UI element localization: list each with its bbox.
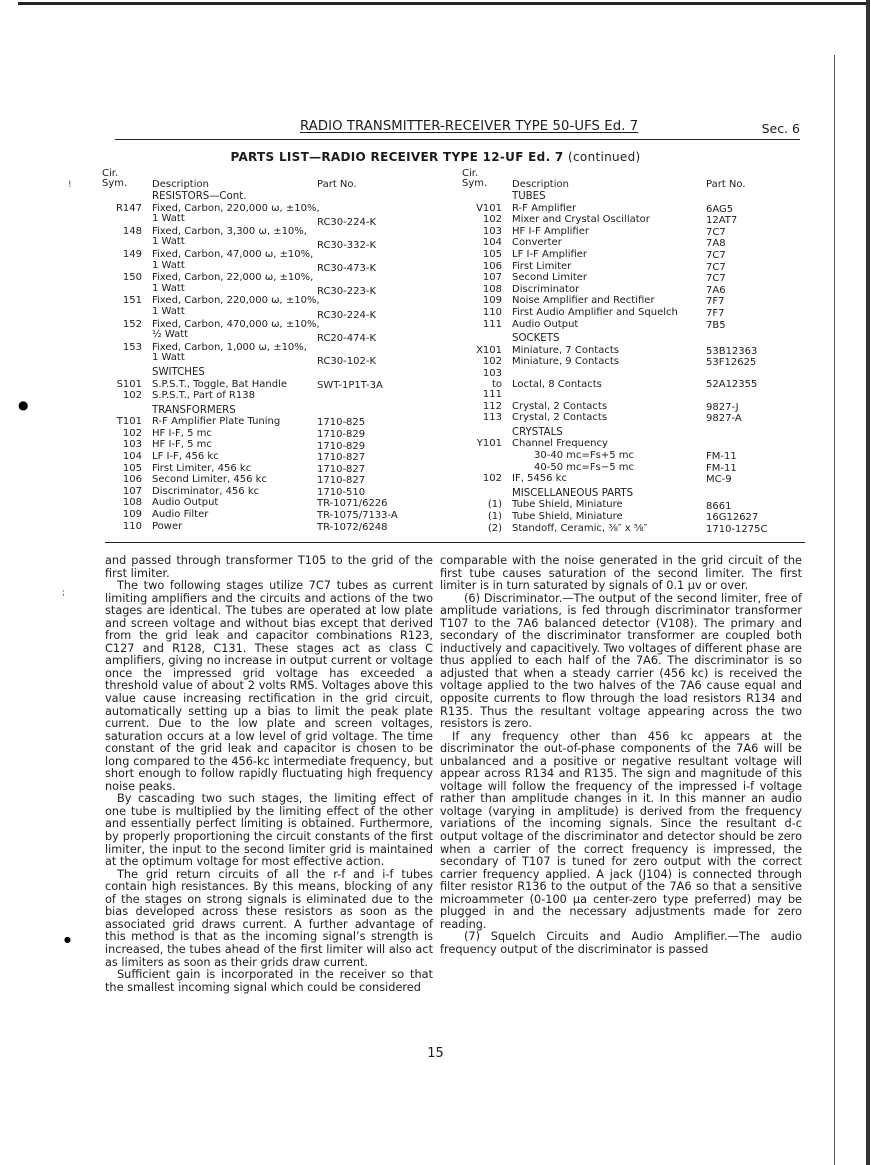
- paragraph: By cascading two such stages, the limiti…: [105, 793, 433, 868]
- column-headers: Cir.Sym.DescriptionPart No.: [462, 169, 802, 191]
- circuit-symbol-line: 113: [462, 413, 502, 424]
- part-description-line: R-F Amplifier Plate Tuning: [152, 417, 432, 428]
- parts-row: R147Fixed, Carbon, 220,000 ω, ±10%,1 Wat…: [102, 204, 432, 225]
- circuit-symbol: 105: [102, 464, 142, 475]
- circuit-symbol: 108: [462, 285, 502, 296]
- part-number: RC30-102-K: [317, 357, 376, 368]
- part-description-line: S.P.S.T., Part of R138: [152, 391, 432, 402]
- circuit-symbol: 104: [462, 238, 502, 249]
- part-number: FM-11: [706, 452, 737, 463]
- circuit-symbol-line: 102: [102, 391, 142, 402]
- running-header: RADIO TRANSMITTER-RECEIVER TYPE 50-UFS E…: [115, 117, 800, 140]
- circuit-symbol: R147: [102, 204, 142, 215]
- circuit-symbol: 106: [462, 262, 502, 273]
- parts-row: 107Second Limiter7C7: [462, 273, 802, 284]
- part-description: IF, 5456 kc: [512, 474, 802, 485]
- part-description-line: Power: [152, 522, 432, 533]
- paragraph: and passed through transformer T105 to t…: [105, 555, 433, 580]
- part-description: Discriminator, 456 kc: [152, 487, 432, 498]
- parts-row: 103HF I-F Amplifier7C7: [462, 227, 802, 238]
- parts-row: 151Fixed, Carbon, 220,000 ω, ±10%,1 Watt…: [102, 296, 432, 317]
- part-description-line: 1 Watt: [152, 214, 432, 225]
- parts-row: 40-50 mc=Fs−5 mcFM-11: [462, 463, 802, 474]
- part-description-line: R-F Amplifier: [512, 204, 802, 215]
- part-description-line: Crystal, 2 Contacts: [512, 402, 802, 413]
- part-description: 30-40 mc=Fs+5 mc: [512, 451, 802, 462]
- parts-row: 152Fixed, Carbon, 470,000 ω, ±10%,½ Watt…: [102, 320, 432, 341]
- circuit-symbol: X101: [462, 346, 502, 357]
- circuit-symbol: 109: [462, 296, 502, 307]
- part-number: 7C7: [706, 263, 726, 274]
- part-number: TR-1075/7133-A: [317, 511, 398, 522]
- circuit-symbol: 111: [462, 320, 502, 331]
- parts-row: (1)Tube Shield, Miniature16G12627: [462, 512, 802, 523]
- circuit-symbol: 103: [462, 227, 502, 238]
- part-number: 7F7: [706, 309, 724, 320]
- circuit-symbol: Y101: [462, 439, 502, 450]
- part-number: 1710-827: [317, 476, 365, 487]
- circuit-symbol-line: 104: [102, 452, 142, 463]
- circuit-symbol: 102: [462, 474, 502, 485]
- circuit-symbol: 152: [102, 320, 142, 331]
- parts-row: X101Miniature, 7 Contacts53B12363: [462, 346, 802, 357]
- part-description: Miniature, 9 Contacts: [512, 357, 802, 368]
- parts-row: 150Fixed, Carbon, 22,000 ω, ±10%,1 WattR…: [102, 273, 432, 294]
- part-description: Audio Output: [152, 498, 432, 509]
- parts-row: 153Fixed, Carbon, 1,000 ω, ±10%,1 WattRC…: [102, 343, 432, 364]
- circuit-symbol: 102: [462, 357, 502, 368]
- parts-row: 112Crystal, 2 Contacts9827-J: [462, 402, 802, 413]
- circuit-symbol: 112: [462, 402, 502, 413]
- parts-row: 102Miniature, 9 Contacts53F12625: [462, 357, 802, 368]
- part-description-line: Fixed, Carbon, 220,000 ω, ±10%,: [152, 296, 432, 307]
- parts-row: 108Audio OutputTR-1071/6226: [102, 498, 432, 509]
- part-description-line: Second Limiter, 456 kc: [152, 475, 432, 486]
- part-description: Converter: [512, 238, 802, 249]
- part-number: 7C7: [706, 228, 726, 239]
- parts-row: 105LF I-F Amplifier7C7: [462, 250, 802, 261]
- part-description-line: Audio Output: [512, 320, 802, 331]
- circuit-symbol: T101: [102, 417, 142, 428]
- parts-row: T101R-F Amplifier Plate Tuning1710-825: [102, 417, 432, 428]
- circuit-symbol: 110: [102, 522, 142, 533]
- part-description: Fixed, Carbon, 220,000 ω, ±10%,1 Watt: [152, 296, 432, 317]
- part-description: Fixed, Carbon, 1,000 ω, ±10%,1 Watt: [152, 343, 432, 364]
- part-description: R-F Amplifier: [512, 204, 802, 215]
- part-description: Loctal, 8 Contacts: [512, 369, 802, 401]
- paragraph: The grid return circuits of all the r-f …: [105, 869, 433, 969]
- paragraph: (6) Discriminator.—The output of the sec…: [440, 593, 802, 731]
- circuit-symbol-line: 103: [462, 369, 502, 380]
- parts-row: 149Fixed, Carbon, 47,000 ω, ±10%,1 WattR…: [102, 250, 432, 271]
- part-description: Second Limiter, 456 kc: [152, 475, 432, 486]
- circuit-symbol-line: 110: [102, 522, 142, 533]
- part-number: MC-9: [706, 475, 732, 486]
- part-description-line: Crystal, 2 Contacts: [512, 413, 802, 424]
- part-number: TR-1072/6248: [317, 523, 388, 534]
- circuit-symbol-line: 104: [462, 238, 502, 249]
- circuit-symbol-line: V101: [462, 204, 502, 215]
- parts-row: 102S.P.S.T., Part of R138: [102, 391, 432, 402]
- circuit-symbol: 149: [102, 250, 142, 261]
- circuit-symbol-line: 103: [102, 440, 142, 451]
- parts-row: S101S.P.S.T., Toggle, Bat HandleSWT-1P1T…: [102, 380, 432, 391]
- part-description: Channel Frequency: [512, 439, 802, 450]
- part-description: Audio Output: [512, 320, 802, 331]
- circuit-symbol: 110: [462, 308, 502, 319]
- part-number: 9827-J: [706, 403, 739, 414]
- circuit-symbol-line: 108: [102, 498, 142, 509]
- part-description: Crystal, 2 Contacts: [512, 413, 802, 424]
- part-description-line: Fixed, Carbon, 47,000 ω, ±10%,: [152, 250, 432, 261]
- circuit-symbol-line: 102: [462, 474, 502, 485]
- part-description-line: Converter: [512, 238, 802, 249]
- parts-row: 109Audio FilterTR-1075/7133-A: [102, 510, 432, 521]
- part-description-line: Audio Output: [152, 498, 432, 509]
- part-description: Noise Amplifier and Rectifier: [512, 296, 802, 307]
- parts-list-title: PARTS LIST—RADIO RECEIVER TYPE 12-UF Ed.…: [0, 150, 871, 164]
- circuit-symbol-line: 109: [462, 296, 502, 307]
- circuit-symbol-line: 108: [462, 285, 502, 296]
- part-description-line: 40-50 mc=Fs−5 mc: [534, 463, 802, 474]
- part-description-line: 1 Watt: [152, 237, 432, 248]
- part-number: 1710-827: [317, 453, 365, 464]
- circuit-symbol: (2): [462, 524, 502, 535]
- part-description: Fixed, Carbon, 22,000 ω, ±10%,1 Watt: [152, 273, 432, 294]
- part-number: 7C7: [706, 274, 726, 285]
- circuit-symbol-line: Y101: [462, 439, 502, 450]
- part-description-line: Channel Frequency: [512, 439, 802, 450]
- part-description-line: Second Limiter: [512, 273, 802, 284]
- part-description: Tube Shield, Miniature: [512, 500, 802, 511]
- part-description: Mixer and Crystal Oscillator: [512, 215, 802, 226]
- part-description: Discriminator: [512, 285, 802, 296]
- part-number: 8661: [706, 502, 731, 513]
- part-description-line: HF I-F Amplifier: [512, 227, 802, 238]
- circuit-symbol-line: 105: [462, 250, 502, 261]
- scan-edge-line: [834, 55, 835, 1165]
- section-divider: [105, 542, 805, 543]
- circuit-symbol: 107: [462, 273, 502, 284]
- part-number: 1710-827: [317, 465, 365, 476]
- parts-row: 108Discriminator7A6: [462, 285, 802, 296]
- paragraph: comparable with the noise generated in t…: [440, 555, 802, 593]
- section-heading: TRANSFORMERS: [152, 406, 432, 417]
- circuit-symbol: 102: [462, 215, 502, 226]
- part-description-line: 30-40 mc=Fs+5 mc: [534, 451, 802, 462]
- parts-row: 110PowerTR-1072/6248: [102, 522, 432, 533]
- part-description: Fixed, Carbon, 3,300 ω, ±10%,1 Watt: [152, 227, 432, 248]
- part-description-line: LF I-F Amplifier: [512, 250, 802, 261]
- part-number: FM-11: [706, 464, 737, 475]
- part-number: 7B5: [706, 321, 726, 332]
- paragraph: Sufficient gain is incorporated in the r…: [105, 969, 433, 994]
- circuit-symbol-line: 107: [102, 487, 142, 498]
- part-description: HF I-F, 5 mc: [152, 429, 432, 440]
- circuit-symbol: 108: [102, 498, 142, 509]
- part-description-line: Mixer and Crystal Oscillator: [512, 215, 802, 226]
- scan-edge-right: [866, 0, 870, 1165]
- part-description-line: HF I-F, 5 mc: [152, 429, 432, 440]
- part-description: 40-50 mc=Fs−5 mc: [512, 463, 802, 474]
- part-description-line: Fixed, Carbon, 3,300 ω, ±10%,: [152, 227, 432, 238]
- part-description: HF I-F, 5 mc: [152, 440, 432, 451]
- circuit-symbol-line: 151: [102, 296, 142, 307]
- parts-row: 106Second Limiter, 456 kc1710-827: [102, 475, 432, 486]
- circuit-symbol-line: 111: [462, 390, 502, 401]
- circuit-symbol-line: 102: [462, 215, 502, 226]
- part-description-line: Fixed, Carbon, 1,000 ω, ±10%,: [152, 343, 432, 354]
- circuit-symbol: 109: [102, 510, 142, 521]
- circuit-symbol: V101: [462, 204, 502, 215]
- circuit-symbol: S101: [102, 380, 142, 391]
- part-description-line: Tube Shield, Miniature: [512, 500, 802, 511]
- part-description-line: Fixed, Carbon, 470,000 ω, ±10%,: [152, 320, 432, 331]
- circuit-symbol-line: 107: [462, 273, 502, 284]
- circuit-symbol-line: 111: [462, 320, 502, 331]
- paragraph: The two following stages utilize 7C7 tub…: [105, 580, 433, 793]
- part-description-line: 1 Watt: [152, 284, 432, 295]
- header-part-no: Part No.: [706, 180, 746, 191]
- part-description: R-F Amplifier Plate Tuning: [152, 417, 432, 428]
- circuit-symbol-line: 106: [462, 262, 502, 273]
- paragraph: (7) Squelch Circuits and Audio Amplifier…: [440, 931, 802, 956]
- scan-speck: !: [68, 180, 72, 190]
- circuit-symbol-line: (2): [462, 524, 502, 535]
- part-description-line: 1 Watt: [152, 307, 432, 318]
- parts-row: 105First Limiter, 456 kc1710-827: [102, 464, 432, 475]
- part-description: LF I-F Amplifier: [512, 250, 802, 261]
- parts-row: 103HF I-F, 5 mc1710-829: [102, 440, 432, 451]
- document-title: RADIO TRANSMITTER-RECEIVER TYPE 50-UFS E…: [300, 119, 638, 134]
- part-description-line: HF I-F, 5 mc: [152, 440, 432, 451]
- parts-row: (1)Tube Shield, Miniature8661: [462, 500, 802, 511]
- part-description: HF I-F Amplifier: [512, 227, 802, 238]
- parts-row: 102HF I-F, 5 mc1710-829: [102, 429, 432, 440]
- circuit-symbol: 153: [102, 343, 142, 354]
- part-description: First Limiter, 456 kc: [152, 464, 432, 475]
- section-heading: CRYSTALS: [512, 428, 802, 439]
- part-description-line: Tube Shield, Miniature: [512, 512, 802, 523]
- part-number: 1710-825: [317, 418, 365, 429]
- circuit-symbol-line: 109: [102, 510, 142, 521]
- part-description-line: Miniature, 7 Contacts: [512, 346, 802, 357]
- page-number: 15: [0, 1046, 871, 1061]
- paragraph: If any frequency other than 456 kc appea…: [440, 731, 802, 932]
- circuit-symbol-line: R147: [102, 204, 142, 215]
- parts-row: 30-40 mc=Fs+5 mcFM-11: [462, 451, 802, 462]
- part-description: S.P.S.T., Toggle, Bat Handle: [152, 380, 432, 391]
- part-description: Fixed, Carbon, 47,000 ω, ±10%,1 Watt: [152, 250, 432, 271]
- column-headers: Cir.Sym.DescriptionPart No.: [102, 169, 432, 191]
- circuit-symbol-line: 149: [102, 250, 142, 261]
- circuit-symbol-line: 105: [102, 464, 142, 475]
- circuit-symbol-line: 102: [102, 429, 142, 440]
- circuit-symbol: 151: [102, 296, 142, 307]
- part-number: 12AT7: [706, 216, 737, 227]
- circuit-symbol-line: (1): [462, 500, 502, 511]
- circuit-symbol: 113: [462, 413, 502, 424]
- part-number: TR-1071/6226: [317, 499, 388, 510]
- circuit-symbol: 102: [102, 429, 142, 440]
- scan-edge-top: [18, 2, 866, 5]
- circuit-symbol: (1): [462, 500, 502, 511]
- part-description-line: Fixed, Carbon, 22,000 ω, ±10%,: [152, 273, 432, 284]
- circuit-symbol: 148: [102, 227, 142, 238]
- body-column-right: comparable with the noise generated in t…: [440, 555, 802, 957]
- circuit-symbol-line: (1): [462, 512, 502, 523]
- body-column-left: and passed through transformer T105 to t…: [105, 555, 433, 994]
- part-description-line: Discriminator: [512, 285, 802, 296]
- circuit-symbol-line: 103: [462, 227, 502, 238]
- parts-table-right: Cir.Sym.DescriptionPart No.TUBESV101R-F …: [462, 169, 802, 534]
- part-number: 1710-829: [317, 430, 365, 441]
- parts-row: Y101Channel Frequency: [462, 439, 802, 450]
- section-heading: RESISTORS—Cont.: [152, 192, 432, 203]
- parts-row: 111Audio Output7B5: [462, 320, 802, 331]
- circuit-symbol: 106: [102, 475, 142, 486]
- part-number: 1710-1275C: [706, 525, 768, 536]
- parts-row: 148Fixed, Carbon, 3,300 ω, ±10%,1 WattRC…: [102, 227, 432, 248]
- part-description-line: First Audio Amplifier and Squelch: [512, 308, 802, 319]
- circuit-symbol-line: 110: [462, 308, 502, 319]
- part-description-line: Loctal, 8 Contacts: [512, 380, 802, 391]
- header-sym: Cir.Sym.: [102, 169, 142, 189]
- part-description-line: First Limiter, 456 kc: [152, 464, 432, 475]
- circuit-symbol-line: S101: [102, 380, 142, 391]
- circuit-symbol-line: 150: [102, 273, 142, 284]
- circuit-symbol-line: X101: [462, 346, 502, 357]
- parts-table-left: Cir.Sym.DescriptionPart No.RESISTORS—Con…: [102, 169, 432, 532]
- section-heading: MISCELLANEOUS PARTS: [512, 489, 802, 500]
- part-description-line: S.P.S.T., Toggle, Bat Handle: [152, 380, 432, 391]
- section-label: Sec. 6: [762, 121, 800, 136]
- part-number: 53F12625: [706, 358, 756, 369]
- circuit-symbol-line: 106: [102, 475, 142, 486]
- circuit-symbol: 150: [102, 273, 142, 284]
- circuit-symbol-line: 152: [102, 320, 142, 331]
- scan-speck: ;: [62, 588, 65, 598]
- circuit-symbol: 107: [102, 487, 142, 498]
- part-description: S.P.S.T., Part of R138: [152, 391, 432, 402]
- part-description: Fixed, Carbon, 470,000 ω, ±10%,½ Watt: [152, 320, 432, 341]
- parts-row: 104Converter7A8: [462, 238, 802, 249]
- circuit-symbol: 105: [462, 250, 502, 261]
- part-number: 7A8: [706, 239, 726, 250]
- part-description: Crystal, 2 Contacts: [512, 402, 802, 413]
- circuit-symbol-line: 112: [462, 402, 502, 413]
- parts-row: 113Crystal, 2 Contacts9827-A: [462, 413, 802, 424]
- part-description-line: Noise Amplifier and Rectifier: [512, 296, 802, 307]
- part-description-line: IF, 5456 kc: [512, 474, 802, 485]
- parts-row: 104LF I-F, 456 kc1710-827: [102, 452, 432, 463]
- header-sym-line: Sym.: [462, 179, 502, 189]
- part-number: 6AG5: [706, 205, 733, 216]
- part-description: LF I-F, 456 kc: [152, 452, 432, 463]
- section-heading: SOCKETS: [512, 334, 802, 345]
- parts-row: 102IF, 5456 kcMC-9: [462, 474, 802, 485]
- circuit-symbol-line: 148: [102, 227, 142, 238]
- circuit-symbol: 102: [102, 391, 142, 402]
- part-number: 9827-A: [706, 414, 742, 425]
- circuit-symbol: (1): [462, 512, 502, 523]
- part-description: Tube Shield, Miniature: [512, 512, 802, 523]
- circuit-symbol-line: T101: [102, 417, 142, 428]
- part-number: 1710-829: [317, 442, 365, 453]
- parts-row: (2)Standoff, Ceramic, ⅜″ x ⅝″1710-1275C: [462, 524, 802, 535]
- header-sym-line: Sym.: [102, 179, 142, 189]
- part-description-line: ½ Watt: [152, 330, 432, 341]
- header-part-no: Part No.: [317, 180, 357, 191]
- parts-row: 107Discriminator, 456 kc1710-510: [102, 487, 432, 498]
- parts-row: 106First Limiter7C7: [462, 262, 802, 273]
- parts-row: V101R-F Amplifier6AG5: [462, 204, 802, 215]
- circuit-symbol: 104: [102, 452, 142, 463]
- part-description-line: Fixed, Carbon, 220,000 ω, ±10%,: [152, 204, 432, 215]
- part-number: 7F7: [706, 297, 724, 308]
- part-description: First Audio Amplifier and Squelch: [512, 308, 802, 319]
- part-description: Power: [152, 522, 432, 533]
- part-number: 53B12363: [706, 347, 757, 358]
- part-description-line: 1 Watt: [152, 261, 432, 272]
- parts-row: 110First Audio Amplifier and Squelch7F7: [462, 308, 802, 319]
- part-number: 1710-510: [317, 488, 365, 499]
- part-description: Miniature, 7 Contacts: [512, 346, 802, 357]
- circuit-symbol-line: 102: [462, 357, 502, 368]
- part-description: Second Limiter: [512, 273, 802, 284]
- part-number: 7A6: [706, 286, 726, 297]
- part-description-line: 1 Watt: [152, 353, 432, 364]
- circuit-symbol-line: 153: [102, 343, 142, 354]
- scan-bullet: ●: [18, 398, 28, 412]
- part-description-line: Discriminator, 456 kc: [152, 487, 432, 498]
- part-number: SWT-1P1T-3A: [317, 381, 383, 392]
- part-description-line: Miniature, 9 Contacts: [512, 357, 802, 368]
- circuit-symbol: 103: [102, 440, 142, 451]
- part-description: First Limiter: [512, 262, 802, 273]
- part-description-line: LF I-F, 456 kc: [152, 452, 432, 463]
- part-number: 16G12627: [706, 513, 758, 524]
- header-sym: Cir.Sym.: [462, 169, 502, 189]
- circuit-symbol: 103to111: [462, 369, 502, 401]
- scan-bullet: ●: [64, 935, 71, 944]
- part-description: Fixed, Carbon, 220,000 ω, ±10%,1 Watt: [152, 204, 432, 225]
- part-description-line: First Limiter: [512, 262, 802, 273]
- part-number: 52A12355: [706, 380, 757, 391]
- part-number: 7C7: [706, 251, 726, 262]
- header-description: Description: [512, 169, 802, 191]
- parts-row: 102Mixer and Crystal Oscillator12AT7: [462, 215, 802, 226]
- header-description: Description: [152, 169, 432, 191]
- parts-row: 109Noise Amplifier and Rectifier7F7: [462, 296, 802, 307]
- section-heading: SWITCHES: [152, 368, 432, 379]
- section-heading: TUBES: [512, 192, 802, 203]
- parts-row: 103to111Loctal, 8 Contacts52A12355: [462, 369, 802, 401]
